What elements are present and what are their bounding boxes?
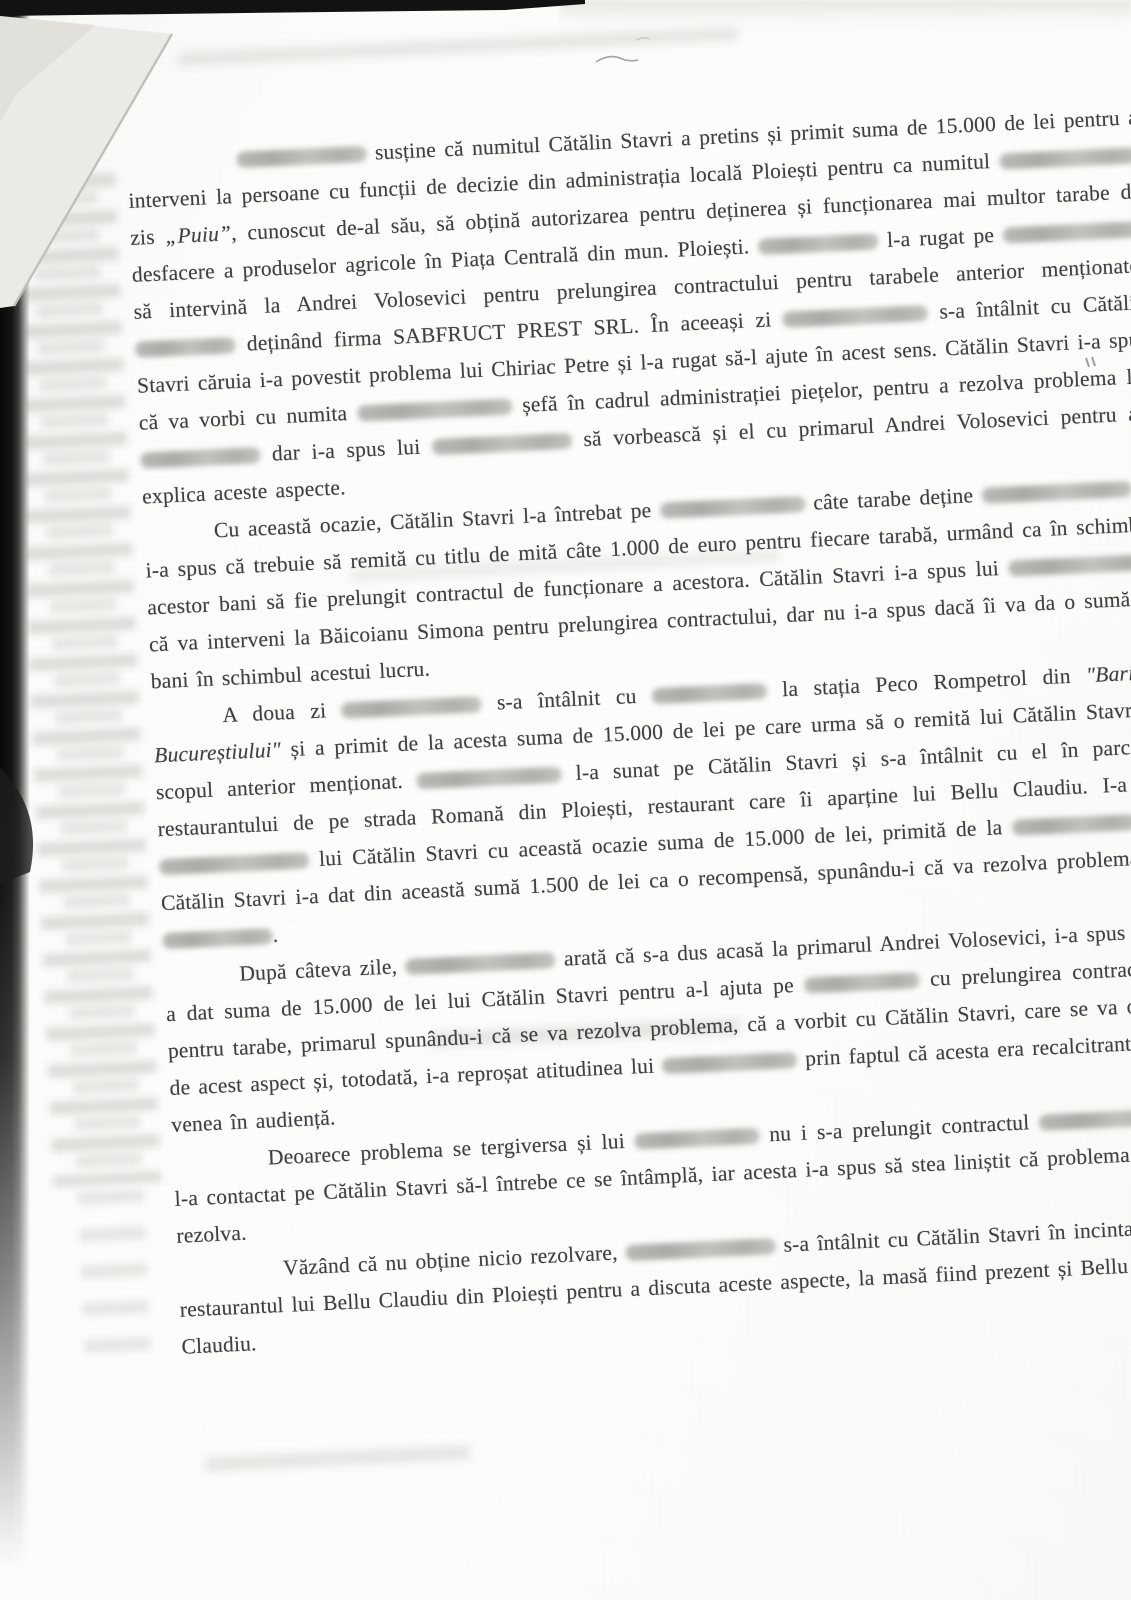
redacted-name (417, 767, 563, 790)
redacted-name (341, 696, 482, 718)
redacted-name (783, 305, 929, 328)
scanner-edge-top (0, 0, 585, 16)
paragraph: susține că numitul Cătălin Stavri a pret… (126, 99, 1131, 515)
redacted-name (634, 1128, 760, 1150)
document-text: susține că numitul Cătălin Stavri a pret… (126, 99, 1131, 1365)
document-page: susține că numitul Cătălin Stavri a pret… (0, 0, 1131, 1600)
redacted-name (1008, 554, 1131, 577)
redacted-name (357, 398, 513, 421)
redacted-name (236, 146, 367, 168)
redacted-name (981, 481, 1131, 504)
redacted-name (162, 928, 273, 949)
redacted-name (1012, 814, 1131, 836)
bleedthrough-ghost-band (205, 1446, 470, 1471)
redacted-name (758, 233, 879, 255)
redacted-name (804, 972, 920, 993)
redacted-name (432, 433, 573, 455)
redacted-name (660, 496, 806, 519)
redacted-name (999, 147, 1131, 169)
stray-squiggle-mark (596, 57, 638, 62)
redacted-name (135, 337, 236, 358)
redacted-name (140, 447, 261, 469)
italic-text: „Puiu” (165, 221, 232, 248)
paragraph: A doua zi s-a întâlnit cu la stația Peco… (152, 654, 1131, 960)
redacted-name (625, 1238, 776, 1261)
redacted-name (1003, 221, 1131, 243)
scanner-haze-top (560, 0, 1131, 34)
scanner-edge-left (0, 0, 30, 1600)
redacted-name (159, 852, 310, 875)
redacted-name (652, 683, 768, 704)
redacted-name (662, 1052, 798, 1074)
redacted-name (405, 952, 556, 975)
redacted-name (1039, 1108, 1131, 1131)
